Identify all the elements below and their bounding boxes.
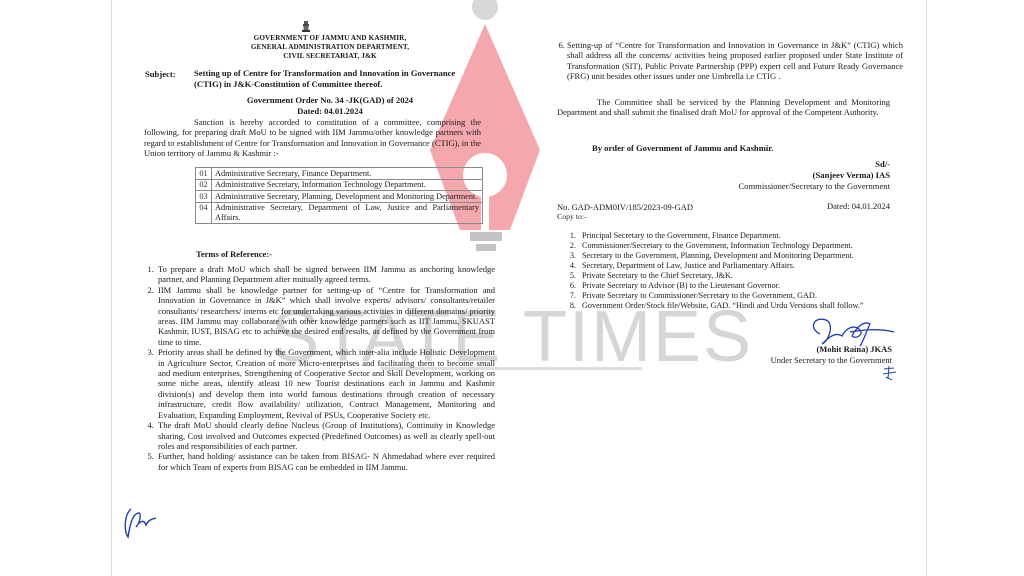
terms-of-reference-title: Terms of Reference:- xyxy=(196,249,272,259)
terms-of-reference-list: To prepare a draft MoU which shall be si… xyxy=(142,264,495,472)
committee-member-row: 03Administrative Secretary, Planning, De… xyxy=(196,191,483,203)
terms-of-reference-item: Further, hand holding/ assistance can be… xyxy=(156,451,495,472)
copy-to-list: Principal Secretary to the Government, F… xyxy=(566,231,918,311)
member-number: 01 xyxy=(196,168,212,180)
header-line: GENERAL ADMINISTRATION DEPARTMENT, xyxy=(160,43,500,52)
page-left-edge xyxy=(111,0,112,576)
member-designation: Administrative Secretary, Planning, Deve… xyxy=(212,191,483,203)
terms-of-reference-item: To prepare a draft MoU which shall be si… xyxy=(156,264,495,285)
copy-to-item: Government Order/Stock file/Website, GAD… xyxy=(578,301,918,311)
order-number: Government Order No. 34 -JK(GAD) of 2024 xyxy=(160,95,500,106)
terms-of-reference-list-continued: Setting-up of “Centre for Transformation… xyxy=(553,40,903,82)
under-secretary-designation: Under Secretary to the Government xyxy=(757,355,892,366)
terms-of-reference-item: The draft MoU should clearly define Nucl… xyxy=(156,420,495,451)
copy-to-item: Principal Secretary to the Government, F… xyxy=(578,231,918,241)
committee-members-table: 01Administrative Secretary, Finance Depa… xyxy=(195,167,483,224)
copy-to-item: Private Secretary to the Chief Secretary… xyxy=(578,271,918,281)
page-right-edge xyxy=(926,0,927,576)
under-secretary-block: (Mohit Raina) JKAS Under Secretary to th… xyxy=(757,344,892,365)
reference-date: Dated: 04.01.2024 xyxy=(790,201,890,211)
member-designation: Administrative Secretary, Department of … xyxy=(212,202,483,223)
copy-to-item: Secretary, Department of Law, Justice an… xyxy=(578,261,918,271)
header-line: GOVERNMENT OF JAMMU AND KASHMIR, xyxy=(160,34,500,43)
sd-mark: Sd/- xyxy=(690,159,890,170)
reference-number: No. GAD-ADM0IV/185/2023-09-GAD xyxy=(557,202,693,212)
service-paragraph: The Committee shall be serviced by the P… xyxy=(557,97,890,118)
copy-to-item: Commissioner/Secretary to the Government… xyxy=(578,241,918,251)
copy-to-label: Copy to:- xyxy=(557,212,587,221)
member-number: 04 xyxy=(196,202,212,223)
committee-member-row: 04Administrative Secretary, Department o… xyxy=(196,202,483,223)
member-number: 02 xyxy=(196,179,212,191)
member-number: 03 xyxy=(196,191,212,203)
subject-label: Subject: xyxy=(145,69,176,79)
copy-to-item: Private Secretary to Commissioner/Secret… xyxy=(578,291,918,301)
intro-paragraph: Sanction is hereby accorded to constitut… xyxy=(144,117,481,159)
terms-of-reference-item: Priority areas shall be defined by the G… xyxy=(156,347,495,420)
department-header: GOVERNMENT OF JAMMU AND KASHMIR, GENERAL… xyxy=(160,34,500,61)
subject-text: Setting up of Centre for Transformation … xyxy=(194,68,484,90)
copy-to-item: Secretary to the Government, Planning, D… xyxy=(578,251,918,261)
order-date: Dated: 04.01.2024 xyxy=(160,106,500,117)
header-line: CIVIL SECRETARIAT, J&K xyxy=(160,52,500,61)
signatory-name: (Sanjeev Verma) IAS xyxy=(690,170,890,181)
committee-member-row: 01Administrative Secretary, Finance Depa… xyxy=(196,168,483,180)
state-emblem-icon xyxy=(301,21,311,32)
order-heading: Government Order No. 34 -JK(GAD) of 2024… xyxy=(160,95,500,116)
member-designation: Administrative Secretary, Finance Depart… xyxy=(212,168,483,180)
committee-member-row: 02Administrative Secretary, Information … xyxy=(196,179,483,191)
member-designation: Administrative Secretary, Information Te… xyxy=(212,179,483,191)
by-order-line: By order of Government of Jammu and Kash… xyxy=(592,143,773,153)
handwritten-initials-icon xyxy=(122,505,162,539)
under-secretary-name: (Mohit Raina) JKAS xyxy=(757,344,892,355)
initials-mark-icon xyxy=(880,365,900,381)
copy-to-item: Private Secretary to Advisor (B) to the … xyxy=(578,281,918,291)
terms-of-reference-item: Setting-up of “Centre for Transformation… xyxy=(567,40,903,82)
signatory-block: Sd/- (Sanjeev Verma) IAS Commissioner/Se… xyxy=(690,159,890,192)
terms-of-reference-item: IIM Jammu shall be knowledge partner for… xyxy=(156,285,495,347)
signatory-designation: Commissioner/Secretary to the Government xyxy=(690,181,890,192)
